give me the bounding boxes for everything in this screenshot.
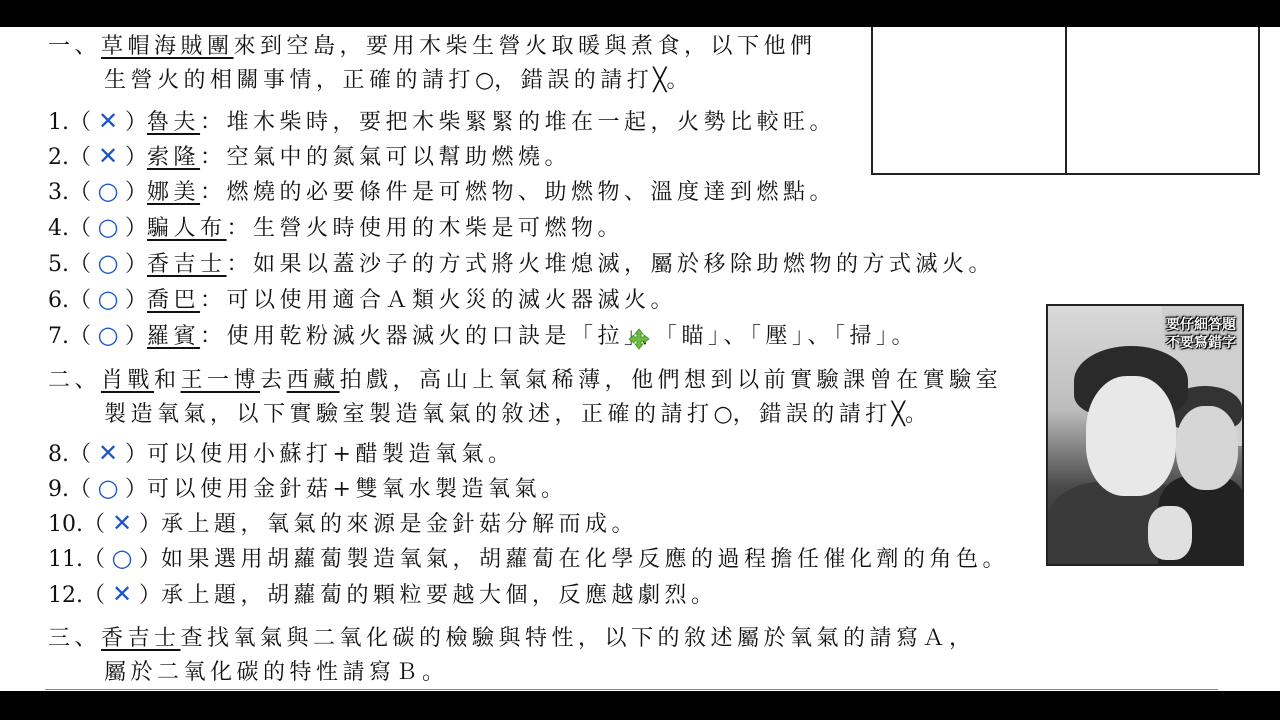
section-number: 二、 [48,368,101,393]
answer-circle-icon: ○ [105,541,139,575]
circle-symbol: ○ [475,68,494,93]
photo-caption: 要仔細答題 不要寫錯字 [1166,316,1236,352]
open-paren: （ [83,508,105,542]
heading-text: ，錯誤的請打 [733,402,892,427]
section2-heading-line2: 製造氧氣，以下實驗室製造氧氣的敘述，正確的請打○，錯誤的請打╳。 [104,398,932,432]
question-8: 8.（✕）可以使用小蘇打+醋製造氧氣。 [48,436,514,470]
section3-heading-line2: 屬於二氧化碳的特性請寫Ｂ。 [104,656,449,690]
answer-cross-icon: ✕ [91,436,125,470]
close-paren: ） [125,141,147,175]
open-paren: （ [69,176,91,210]
open-paren: （ [69,438,91,472]
question-number: 3. [48,176,69,210]
score-table [871,27,1260,175]
answer-circle-icon: ○ [91,282,125,316]
open-paren: （ [83,543,105,577]
question-text: ：堆木柴時，要把木柴緊緊的堆在一起，火勢比較旺。 [200,110,836,135]
close-paren: ） [125,473,147,507]
top-letterbox-bar [0,0,1280,27]
character-name: 索隆 [147,145,200,170]
page-bottom-rule [45,689,1218,690]
heading-text: 來到空島，要用木柴生營火取暖與煮食，以下他們 [234,34,817,59]
caption-line-1: 要仔細答題 [1166,316,1236,334]
character-name: 喬巴 [147,288,200,313]
caption-line-2: 不要寫錯字 [1166,334,1236,352]
close-paren: ） [125,248,147,282]
photo-person-1-face [1086,376,1176,496]
open-paren: （ [69,248,91,282]
answer-circle-icon: ○ [91,174,125,208]
character-name: 騙人布 [147,216,227,241]
question-7: 7.（○）羅賓：使用乾粉滅火器滅火的口訣是「拉」、「瞄」、「壓」、「掃」。 [48,318,918,352]
heading-text: 和 [154,368,181,393]
question-text: ：生營火時使用的木柴是可燃物。 [227,216,625,241]
bottom-letterbox-bar [0,691,1280,720]
question-text: 可以使用金針菇+雙氧水製造氧氣。 [147,477,567,502]
answer-cross-icon: ✕ [91,104,125,138]
cross-symbol: ╳ [653,68,666,93]
close-paren: ） [139,543,161,577]
person-name: 王一博 [181,368,261,393]
question-number: 4. [48,212,69,246]
place-name: 西藏 [287,368,340,393]
open-paren: （ [69,212,91,246]
close-paren: ） [125,106,147,140]
close-paren: ） [125,212,147,246]
subject-name: 香吉士 [101,626,181,651]
question-1: 1.（✕）魯夫：堆木柴時，要把木柴緊緊的堆在一起，火勢比較旺。 [48,104,836,138]
close-paren: ） [125,438,147,472]
question-text: 承上題，氧氣的來源是金針菇分解而成。 [161,512,638,537]
question-text: ：使用乾粉滅火器滅火的口訣是「拉」、「瞄」、「壓」、「掃」。 [200,324,918,349]
open-paren: （ [69,473,91,507]
photo-person-2-face [1176,406,1238,490]
close-paren: ） [125,176,147,210]
close-paren: ） [125,284,147,318]
circle-symbol: ○ [714,402,733,427]
question-text: 如果選用胡蘿蔔製造氧氣，胡蘿蔔在化學反應的過程擔任催化劑的角色。 [161,547,1009,572]
question-text: 可以使用小蘇打+醋製造氧氣。 [147,442,514,467]
question-text: ：如果以蓋沙子的方式將火堆熄滅，屬於移除助燃物的方式滅火。 [227,252,996,277]
section-number: 三、 [48,626,101,651]
move-cursor-icon [628,328,650,350]
open-paren: （ [69,320,91,354]
question-2: 2.（✕）索隆：空氣中的氮氣可以幫助燃燒。 [48,139,571,173]
section1-heading-line2: 生營火的相關事情，正確的請打○，錯誤的請打╳。 [104,64,693,98]
character-name: 魯夫 [147,110,200,135]
heading-text: 查找氧氣與二氧化碳的檢驗與特性，以下的敘述屬於氧氣的請寫Ａ， [181,626,976,651]
answer-cross-icon: ✕ [105,506,139,540]
heading-text: 拍戲，高山上氧氣稀薄，他們想到以前實驗課曾在實驗室 [340,368,1003,393]
question-number: 7. [48,320,69,354]
question-11: 11.（○）如果選用胡蘿蔔製造氧氣，胡蘿蔔在化學反應的過程擔任催化劑的角色。 [48,541,1009,575]
question-number: 1. [48,106,69,140]
question-text: ：燃燒的必要條件是可燃物、助燃物、溫度達到燃點。 [200,180,836,205]
question-text: ：可以使用適合Ａ類火災的滅火器滅火。 [200,288,677,313]
question-number: 6. [48,284,69,318]
question-5: 5.（○）香吉士：如果以蓋沙子的方式將火堆熄滅，屬於移除助燃物的方式滅火。 [48,246,995,280]
question-text: 承上題，胡蘿蔔的顆粒要越大個，反應越劇烈。 [161,583,718,608]
subject-name: 草帽海賊團 [101,34,234,59]
answer-cross-icon: ✕ [91,139,125,173]
question-text: ：空氣中的氮氣可以幫助燃燒。 [200,145,571,170]
open-paren: （ [69,141,91,175]
question-number: 2. [48,141,69,175]
section-number: 一、 [48,34,101,59]
open-paren: （ [69,284,91,318]
answer-circle-icon: ○ [91,471,125,505]
cross-symbol: ╳ [892,402,905,427]
person-name: 肖戰 [101,368,154,393]
answer-circle-icon: ○ [91,246,125,280]
close-paren: ） [139,579,161,613]
question-number: 12. [48,579,83,613]
question-10: 10.（✕）承上題，氧氣的來源是金針菇分解而成。 [48,506,638,540]
question-3: 3.（○）娜美：燃燒的必要條件是可燃物、助燃物、溫度達到燃點。 [48,174,836,208]
heading-text: 去 [260,368,287,393]
score-cell-2 [1065,27,1259,173]
question-number: 10. [48,508,83,542]
character-name: 娜美 [147,180,200,205]
question-12: 12.（✕）承上題，胡蘿蔔的顆粒要越大個，反應越劇烈。 [48,577,718,611]
section2-heading-line1: 二、肖戰和王一博去西藏拍戲，高山上氧氣稀薄，他們想到以前實驗課曾在實驗室 [48,364,1002,398]
heading-text: 製造氧氣，以下實驗室製造氧氣的敘述，正確的請打 [104,402,714,427]
character-name: 羅賓 [147,324,200,349]
heading-text: 。 [905,402,932,427]
open-paren: （ [69,106,91,140]
answer-cross-icon: ✕ [105,577,139,611]
question-number: 8. [48,438,69,472]
selfie-photo: 要仔細答題 不要寫錯字 [1046,304,1244,566]
heading-text: ，錯誤的請打 [494,68,653,93]
open-paren: （ [83,579,105,613]
peace-sign-hand [1148,506,1192,560]
character-name: 香吉士 [147,252,227,277]
question-9: 9.（○）可以使用金針菇+雙氧水製造氧氣。 [48,471,567,505]
close-paren: ） [139,508,161,542]
section1-heading-line1: 一、草帽海賊團來到空島，要用木柴生營火取暖與煮食，以下他們 [48,30,817,64]
question-4: 4.（○）騙人布：生營火時使用的木柴是可燃物。 [48,210,624,244]
close-paren: ） [125,320,147,354]
question-number: 11. [48,543,83,577]
answer-circle-icon: ○ [91,318,125,352]
heading-text: 生營火的相關事情，正確的請打 [104,68,475,93]
question-number: 5. [48,248,69,282]
heading-text: 屬於二氧化碳的特性請寫Ｂ。 [104,660,449,685]
question-6: 6.（○）喬巴：可以使用適合Ａ類火災的滅火器滅火。 [48,282,677,316]
heading-text: 。 [666,68,693,93]
question-number: 9. [48,473,69,507]
score-cell-1 [873,27,1065,173]
section3-heading-line1: 三、香吉士查找氧氣與二氧化碳的檢驗與特性，以下的敘述屬於氧氣的請寫Ａ， [48,622,976,656]
answer-circle-icon: ○ [91,210,125,244]
